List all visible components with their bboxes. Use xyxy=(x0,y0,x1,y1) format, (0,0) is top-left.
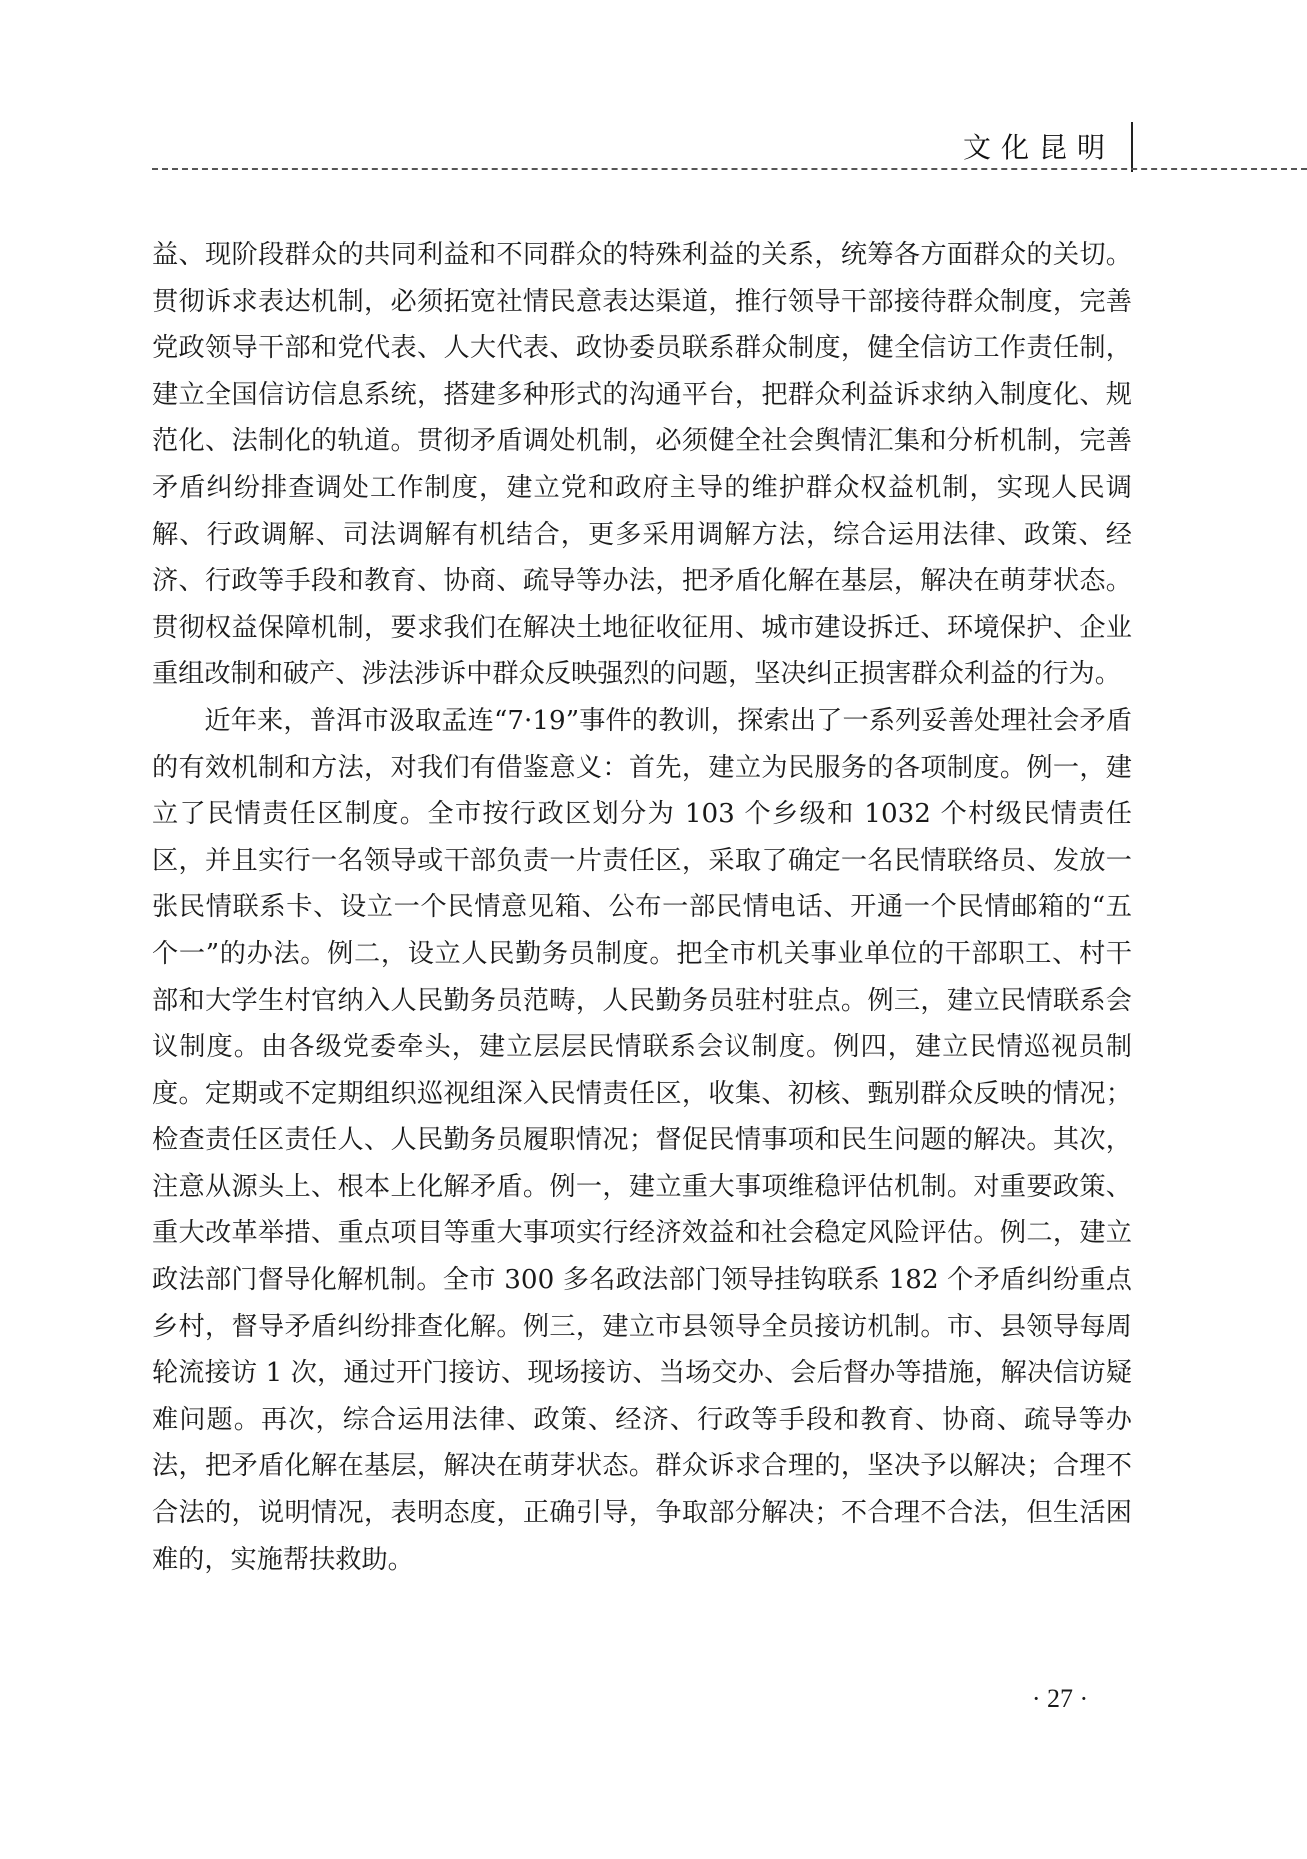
page-number: · 27 · xyxy=(1010,1684,1110,1714)
paragraph-1: 益、现阶段群众的共同利益和不同群众的特殊利益的关系，统筹各方面群众的关切。贯彻诉… xyxy=(152,232,1132,698)
body-text: 益、现阶段群众的共同利益和不同群众的特殊利益的关系，统筹各方面群众的关切。贯彻诉… xyxy=(152,232,1132,1583)
header-vertical-bar xyxy=(1131,122,1133,172)
paragraph-2: 近年来，普洱市汲取孟连“7·19”事件的教训，探索出了一系列妥善处理社会矛盾的有… xyxy=(152,698,1132,1583)
running-header: 文化昆明 xyxy=(152,118,1307,170)
header-dashed-rule xyxy=(152,168,1307,170)
header-title: 文化昆明 xyxy=(963,126,1115,166)
